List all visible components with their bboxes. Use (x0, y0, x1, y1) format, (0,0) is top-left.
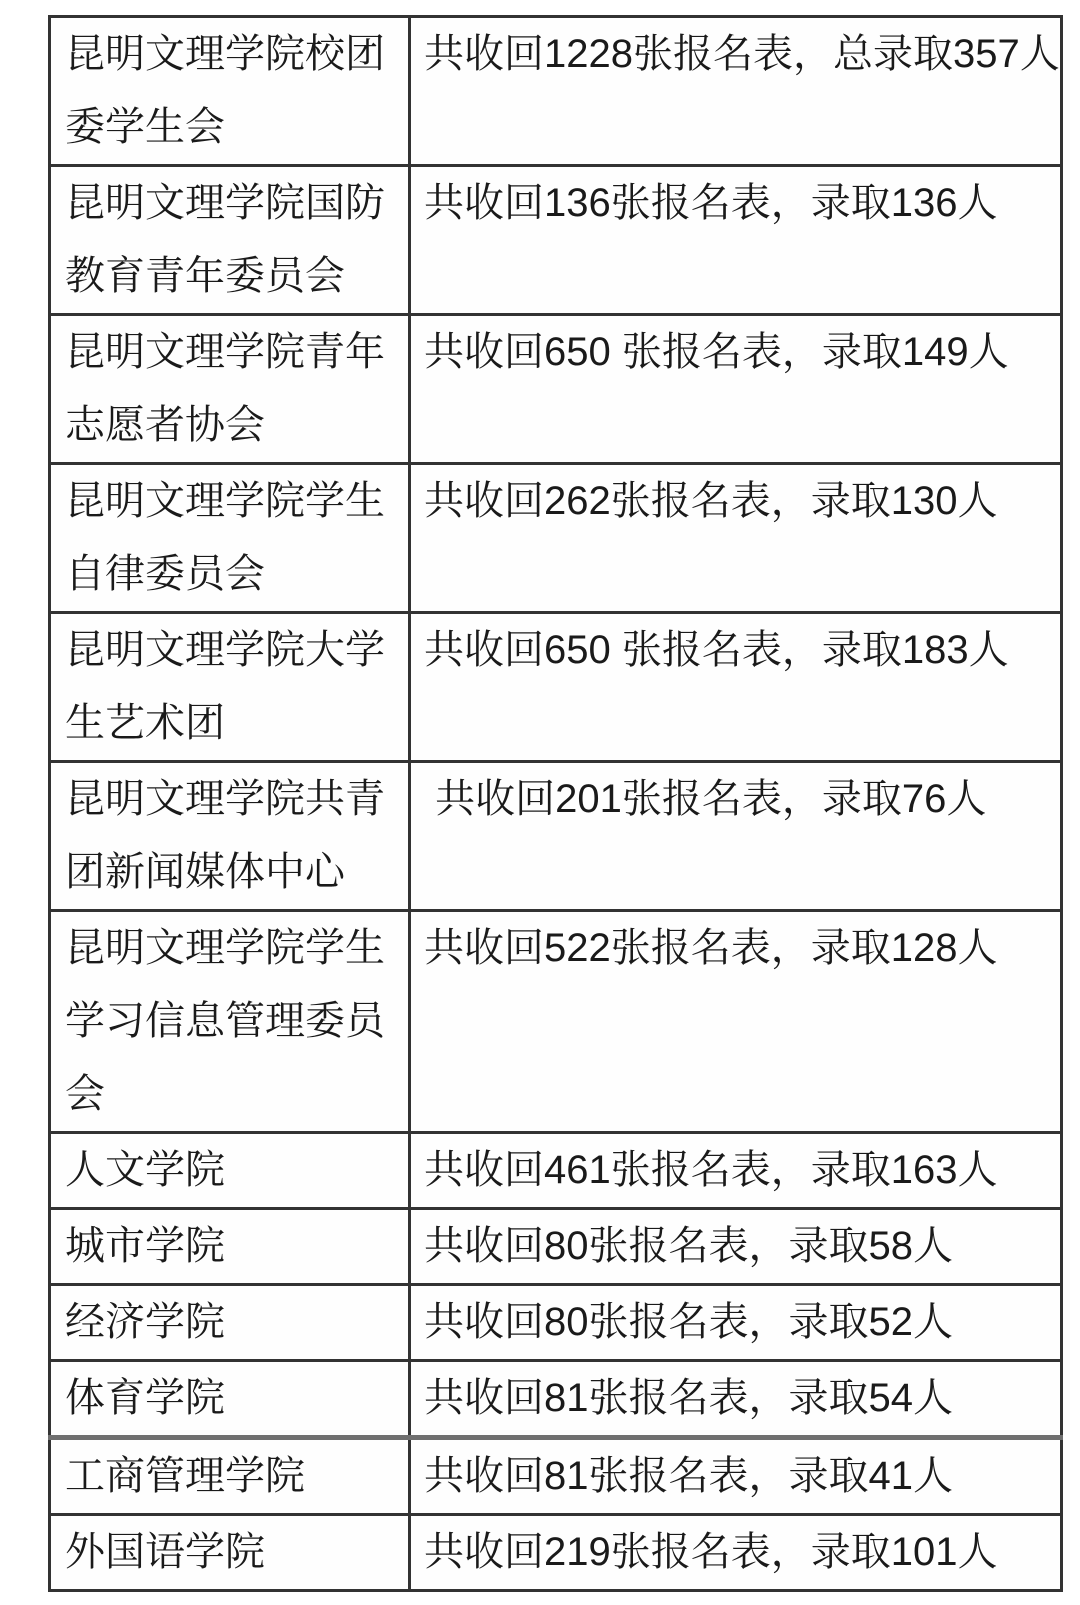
table-row: 昆明文理学院学生学习信息管理委员会 共收回522张报名表，录取128人 (50, 911, 1062, 1133)
table-row: 城市学院 共收回80张报名表，录取58人 (50, 1209, 1062, 1285)
org-name-line: 昆明文理学院国防 (65, 167, 404, 240)
recruitment-result: 共收回219张报名表，录取101人 (424, 1516, 1056, 1589)
recruitment-result: 共收回262张报名表，录取130人 (424, 465, 1056, 538)
table-row: 昆明文理学院大学生艺术团 共收回650 张报名表，录取183人 (50, 613, 1062, 762)
recruitment-result: 共收回1228张报名表，总录取357人 (424, 18, 1056, 91)
recruitment-result-cell: 共收回650 张报名表，录取183人 (410, 613, 1062, 762)
org-name-line: 学习信息管理委员 (65, 985, 404, 1058)
recruitment-result: 共收回522张报名表，录取128人 (424, 912, 1056, 985)
recruitment-result: 共收回136张报名表，录取136人 (424, 167, 1056, 240)
org-name-line: 昆明文理学院校团 (65, 18, 404, 91)
org-name-line: 经济学院 (65, 1286, 404, 1359)
org-name-line: 昆明文理学院青年 (65, 316, 404, 389)
recruitment-result-cell: 共收回522张报名表，录取128人 (410, 911, 1062, 1133)
org-name-line: 工商管理学院 (65, 1440, 404, 1513)
org-name-line: 昆明文理学院学生 (65, 465, 404, 538)
recruitment-result: 共收回650 张报名表，录取149人 (424, 316, 1056, 389)
org-name-line: 昆明文理学院学生 (65, 912, 404, 985)
recruitment-table-body: 昆明文理学院校团委学生会 共收回1228张报名表，总录取357人 昆明文理学院国… (50, 17, 1062, 1591)
org-name-line: 昆明文理学院共青 (65, 763, 404, 836)
table-row: 人文学院 共收回461张报名表，录取163人 (50, 1133, 1062, 1209)
org-name-line: 团新闻媒体中心 (65, 836, 404, 909)
recruitment-result-cell: 共收回461张报名表，录取163人 (410, 1133, 1062, 1209)
org-name-line: 自律委员会 (65, 538, 404, 611)
recruitment-result-cell: 共收回81张报名表，录取41人 (410, 1438, 1062, 1515)
table-row: 昆明文理学院学生自律委员会 共收回262张报名表，录取130人 (50, 464, 1062, 613)
org-name-line: 体育学院 (65, 1362, 404, 1435)
recruitment-result: 共收回650 张报名表，录取183人 (424, 614, 1056, 687)
org-name-line: 人文学院 (65, 1134, 404, 1207)
recruitment-result-cell: 共收回81张报名表，录取54人 (410, 1361, 1062, 1438)
recruitment-result-cell: 共收回1228张报名表，总录取357人 (410, 17, 1062, 166)
recruitment-result-cell: 共收回80张报名表，录取52人 (410, 1285, 1062, 1361)
table-row: 经济学院 共收回80张报名表，录取52人 (50, 1285, 1062, 1361)
recruitment-result: 共收回81张报名表，录取54人 (424, 1362, 1056, 1435)
table-row: 体育学院 共收回81张报名表，录取54人 (50, 1361, 1062, 1438)
org-name-line: 生艺术团 (65, 687, 404, 760)
table-row: 外国语学院 共收回219张报名表，录取101人 (50, 1515, 1062, 1591)
org-name-cell: 昆明文理学院校团委学生会 (50, 17, 410, 166)
org-name-cell: 昆明文理学院共青团新闻媒体中心 (50, 762, 410, 911)
recruitment-result-cell: 共收回219张报名表，录取101人 (410, 1515, 1062, 1591)
org-name-cell: 昆明文理学院国防教育青年委员会 (50, 166, 410, 315)
recruitment-result: 共收回461张报名表，录取163人 (424, 1134, 1056, 1207)
org-name-line: 城市学院 (65, 1210, 404, 1283)
org-name-cell: 城市学院 (50, 1209, 410, 1285)
recruitment-result-cell: 共收回201张报名表，录取76人 (410, 762, 1062, 911)
org-name-line: 委学生会 (65, 91, 404, 164)
org-name-cell: 人文学院 (50, 1133, 410, 1209)
org-name-cell: 昆明文理学院学生学习信息管理委员会 (50, 911, 410, 1133)
recruitment-result-cell: 共收回650 张报名表，录取149人 (410, 315, 1062, 464)
table-row: 工商管理学院 共收回81张报名表，录取41人 (50, 1438, 1062, 1515)
recruitment-result-cell: 共收回80张报名表，录取58人 (410, 1209, 1062, 1285)
recruitment-result: 共收回81张报名表，录取41人 (424, 1440, 1056, 1513)
recruitment-result: 共收回201张报名表，录取76人 (424, 763, 1056, 836)
table-row: 昆明文理学院校团委学生会 共收回1228张报名表，总录取357人 (50, 17, 1062, 166)
org-name-line: 昆明文理学院大学 (65, 614, 404, 687)
table-row: 昆明文理学院青年志愿者协会 共收回650 张报名表，录取149人 (50, 315, 1062, 464)
org-name-cell: 昆明文理学院青年志愿者协会 (50, 315, 410, 464)
recruitment-result: 共收回80张报名表，录取52人 (424, 1286, 1056, 1359)
table-row: 昆明文理学院国防教育青年委员会 共收回136张报名表，录取136人 (50, 166, 1062, 315)
org-name-cell: 工商管理学院 (50, 1438, 410, 1515)
recruitment-result-cell: 共收回136张报名表，录取136人 (410, 166, 1062, 315)
table-row: 昆明文理学院共青团新闻媒体中心 共收回201张报名表，录取76人 (50, 762, 1062, 911)
org-name-line: 教育青年委员会 (65, 240, 404, 313)
recruitment-result-cell: 共收回262张报名表，录取130人 (410, 464, 1062, 613)
org-name-line: 会 (65, 1058, 404, 1131)
org-name-cell: 昆明文理学院大学生艺术团 (50, 613, 410, 762)
org-name-cell: 外国语学院 (50, 1515, 410, 1591)
org-name-cell: 经济学院 (50, 1285, 410, 1361)
org-name-cell: 昆明文理学院学生自律委员会 (50, 464, 410, 613)
org-name-line: 外国语学院 (65, 1516, 404, 1589)
recruitment-result: 共收回80张报名表，录取58人 (424, 1210, 1056, 1283)
org-name-cell: 体育学院 (50, 1361, 410, 1438)
recruitment-table: 昆明文理学院校团委学生会 共收回1228张报名表，总录取357人 昆明文理学院国… (48, 15, 1063, 1592)
org-name-line: 志愿者协会 (65, 389, 404, 462)
